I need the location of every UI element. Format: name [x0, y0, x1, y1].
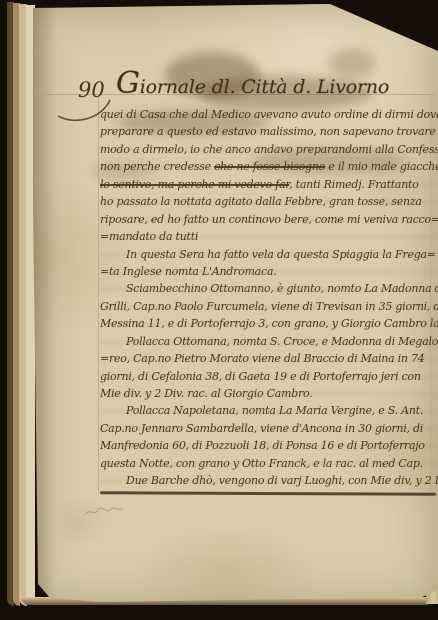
text-segment: Mie div. y 2 Div. rac. al Giorgio Cambro… [100, 387, 312, 400]
text-line: giorni, di Cefalonia 38, di Gaeta 19 e d… [100, 368, 438, 385]
text-segment: questa Notte, con grano y Otto Franck, e… [100, 457, 423, 470]
bottom-rule [100, 491, 436, 495]
text-block: quei di Casa che dal Medico avevano avut… [100, 106, 438, 490]
text-segment: ho passato la nottata agitato dalla Febb… [100, 195, 422, 208]
struck-text: che ne fosse bisogno [214, 160, 325, 173]
text-segment: Pollacca Ottomana, nomta S. Croce, e Mad… [126, 335, 438, 348]
text-line: ho passato la nottata agitato dalla Febb… [100, 193, 438, 210]
text-line: Grilli, Cap.no Paolo Furcumela, viene di… [100, 298, 438, 315]
text-line: lo sentivo, ma perche mi vedevo far, tan… [100, 176, 438, 193]
text-line: Mie div. y 2 Div. rac. al Giorgio Cambro… [100, 385, 438, 402]
text-segment: quei di Casa che dal Medico avevano avut… [100, 108, 438, 121]
text-line: non perche credesse che ne fosse bisogno… [100, 158, 438, 175]
text-segment: Due Barche dhò, vengono di varj Luoghi, … [126, 474, 438, 487]
text-segment: e il mio male giacché non [325, 160, 438, 173]
text-segment: , tanti Rimedj. Frattanto [289, 178, 418, 191]
text-segment: =reo, Cap.no Pietro Morato viene dal Bra… [100, 352, 424, 365]
text-segment: Manfredonia 60, di Pozzuoli 18, di Ponsa… [100, 439, 425, 452]
text-line: quei di Casa che dal Medico avevano avut… [100, 106, 438, 123]
text-line: Pollacca Napoletana, nomta La Maria Verg… [100, 402, 438, 419]
text-segment: preparare a questo ed estavo malissimo, … [100, 125, 438, 138]
struck-text: lo sentivo, ma perche mi vedevo far [100, 178, 289, 191]
text-line: Messina 11, e di Portoferrajo 3, con gra… [100, 315, 438, 332]
text-line: Cap.no Jennaro Sambardella, viene d'Anco… [100, 420, 438, 437]
text-line: modo a dirmelo, io che anco andavo prepa… [100, 141, 438, 158]
manuscript-photo: 90 Giornale dl. Città d. Livorno quei di… [0, 0, 438, 620]
text-line: Sciambecchino Ottomanno, è giunto, nomto… [100, 280, 438, 297]
text-line: Manfredonia 60, di Pozzuoli 18, di Ponsa… [100, 437, 438, 454]
text-line: questa Notte, con grano y Otto Franck, e… [100, 455, 438, 472]
pencil-scribble-icon [82, 501, 126, 521]
text-segment: Pollacca Napoletana, nomta La Maria Verg… [126, 404, 423, 417]
text-line: In questa Sera ha fatto vela da questa S… [100, 246, 438, 263]
text-segment: Sciambecchino Ottomanno, è giunto, nomto… [126, 282, 438, 295]
text-segment: =mandato da tutti [100, 230, 198, 243]
text-segment: =ta Inglese nomta L'Andromaca. [100, 265, 276, 278]
text-segment: Grilli, Cap.no Paolo Furcumela, viene di… [100, 300, 438, 313]
text-segment: In questa Sera ha fatto vela da questa S… [126, 248, 436, 261]
ruled-line-left-margin [98, 94, 99, 494]
text-segment: Cap.no Jennaro Sambardella, viene d'Anco… [100, 422, 423, 435]
text-line: =reo, Cap.no Pietro Morato viene dal Bra… [100, 350, 438, 367]
text-line: =mandato da tutti [100, 228, 438, 245]
text-line: preparare a questo ed estavo malissimo, … [100, 123, 438, 140]
text-segment: modo a dirmelo, io che anco andavo prepa… [100, 143, 438, 156]
text-segment: non perche credesse [100, 160, 214, 173]
text-line: =ta Inglese nomta L'Andromaca. [100, 263, 438, 280]
page-title: Giornale dl. Città d. Livorno [116, 66, 416, 101]
text-segment: Messina 11, e di Portoferrajo 3, con gra… [100, 317, 438, 330]
manuscript-page: 90 Giornale dl. Città d. Livorno quei di… [30, 4, 438, 606]
text-segment: giorni, di Cefalonia 38, di Gaeta 19 e d… [100, 370, 421, 383]
text-segment: riposare, ed ho fatto un continovo bere,… [100, 213, 438, 226]
text-line: Due Barche dhò, vengono di varj Luoghi, … [100, 472, 438, 489]
text-line: riposare, ed ho fatto un continovo bere,… [100, 211, 438, 228]
text-line: Pollacca Ottomana, nomta S. Croce, e Mad… [100, 333, 438, 350]
